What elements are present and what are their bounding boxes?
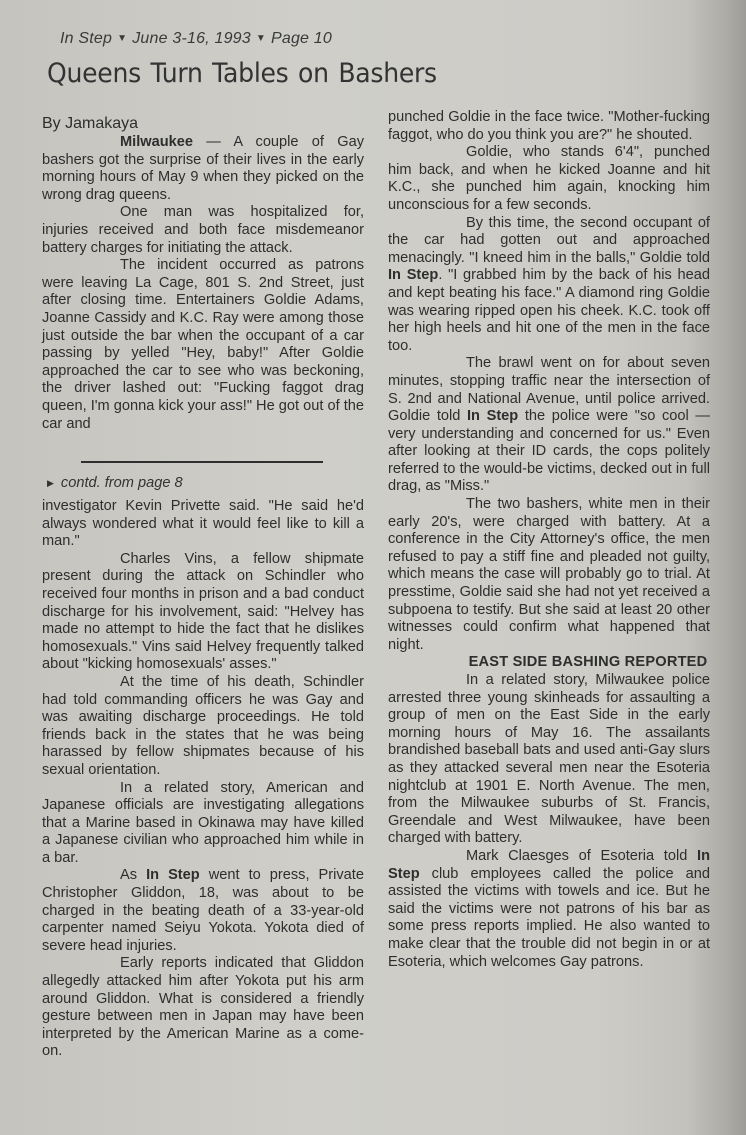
article-headline: Queens Turn Tables on Bashers: [47, 58, 437, 89]
triangle-down-icon: ▼: [117, 33, 127, 44]
byline: By Jamakaya: [42, 114, 364, 133]
paragraph: The two bashers, white men in their earl…: [388, 496, 710, 654]
paragraph: Mark Claesges of Esoteria told In Step c…: [388, 848, 710, 971]
paragraph: Early reports indicated that Gliddon all…: [42, 955, 364, 1061]
triangle-down-icon: ▼: [256, 33, 266, 44]
paragraph: One man was hospitalized for, injuries r…: [42, 204, 364, 257]
triangle-right-icon: ▶: [47, 478, 54, 488]
page-folio: In Step▼June 3-16, 1993▼Page 10: [60, 30, 332, 48]
paragraph: Goldie, who stands 6'4", punched him bac…: [388, 144, 710, 214]
section-divider: [81, 461, 323, 463]
subheading: EAST SIDE BASHING REPORTED: [388, 654, 710, 672]
paragraph: As In Step went to press, Private Christ…: [42, 867, 364, 955]
paragraph: In a related story, American and Japanes…: [42, 780, 364, 868]
paragraph: Charles Vins, a fellow shipmate present …: [42, 551, 364, 674]
paragraph: At the time of his death, Schindler had …: [42, 674, 364, 780]
left-column-main: By Jamakaya Milwaukee — A couple of Gay …: [42, 114, 364, 433]
paragraph: The brawl went on for about seven minute…: [388, 355, 710, 496]
continued-label: ▶contd. from page 8: [47, 475, 183, 491]
issue-date: June 3-16, 1993: [132, 30, 251, 47]
publication-name: In Step: [60, 30, 112, 47]
paragraph: investigator Kevin Privette said. "He sa…: [42, 498, 364, 551]
paragraph: By this time, the second occupant of the…: [388, 215, 710, 356]
page-number: Page 10: [271, 30, 332, 47]
paragraph: The incident occurred as patrons were le…: [42, 257, 364, 433]
paragraph: punched Goldie in the face twice. "Mothe…: [388, 109, 710, 144]
paragraph: Milwaukee — A couple of Gay bashers got …: [42, 134, 364, 204]
right-column: punched Goldie in the face twice. "Mothe…: [388, 109, 710, 971]
paragraph: In a related story, Milwaukee police arr…: [388, 672, 710, 848]
left-column-continued: investigator Kevin Privette said. "He sa…: [42, 498, 364, 1061]
newspaper-page: In Step▼June 3-16, 1993▼Page 10 Queens T…: [0, 0, 746, 1135]
dateline: Milwaukee: [120, 134, 193, 150]
